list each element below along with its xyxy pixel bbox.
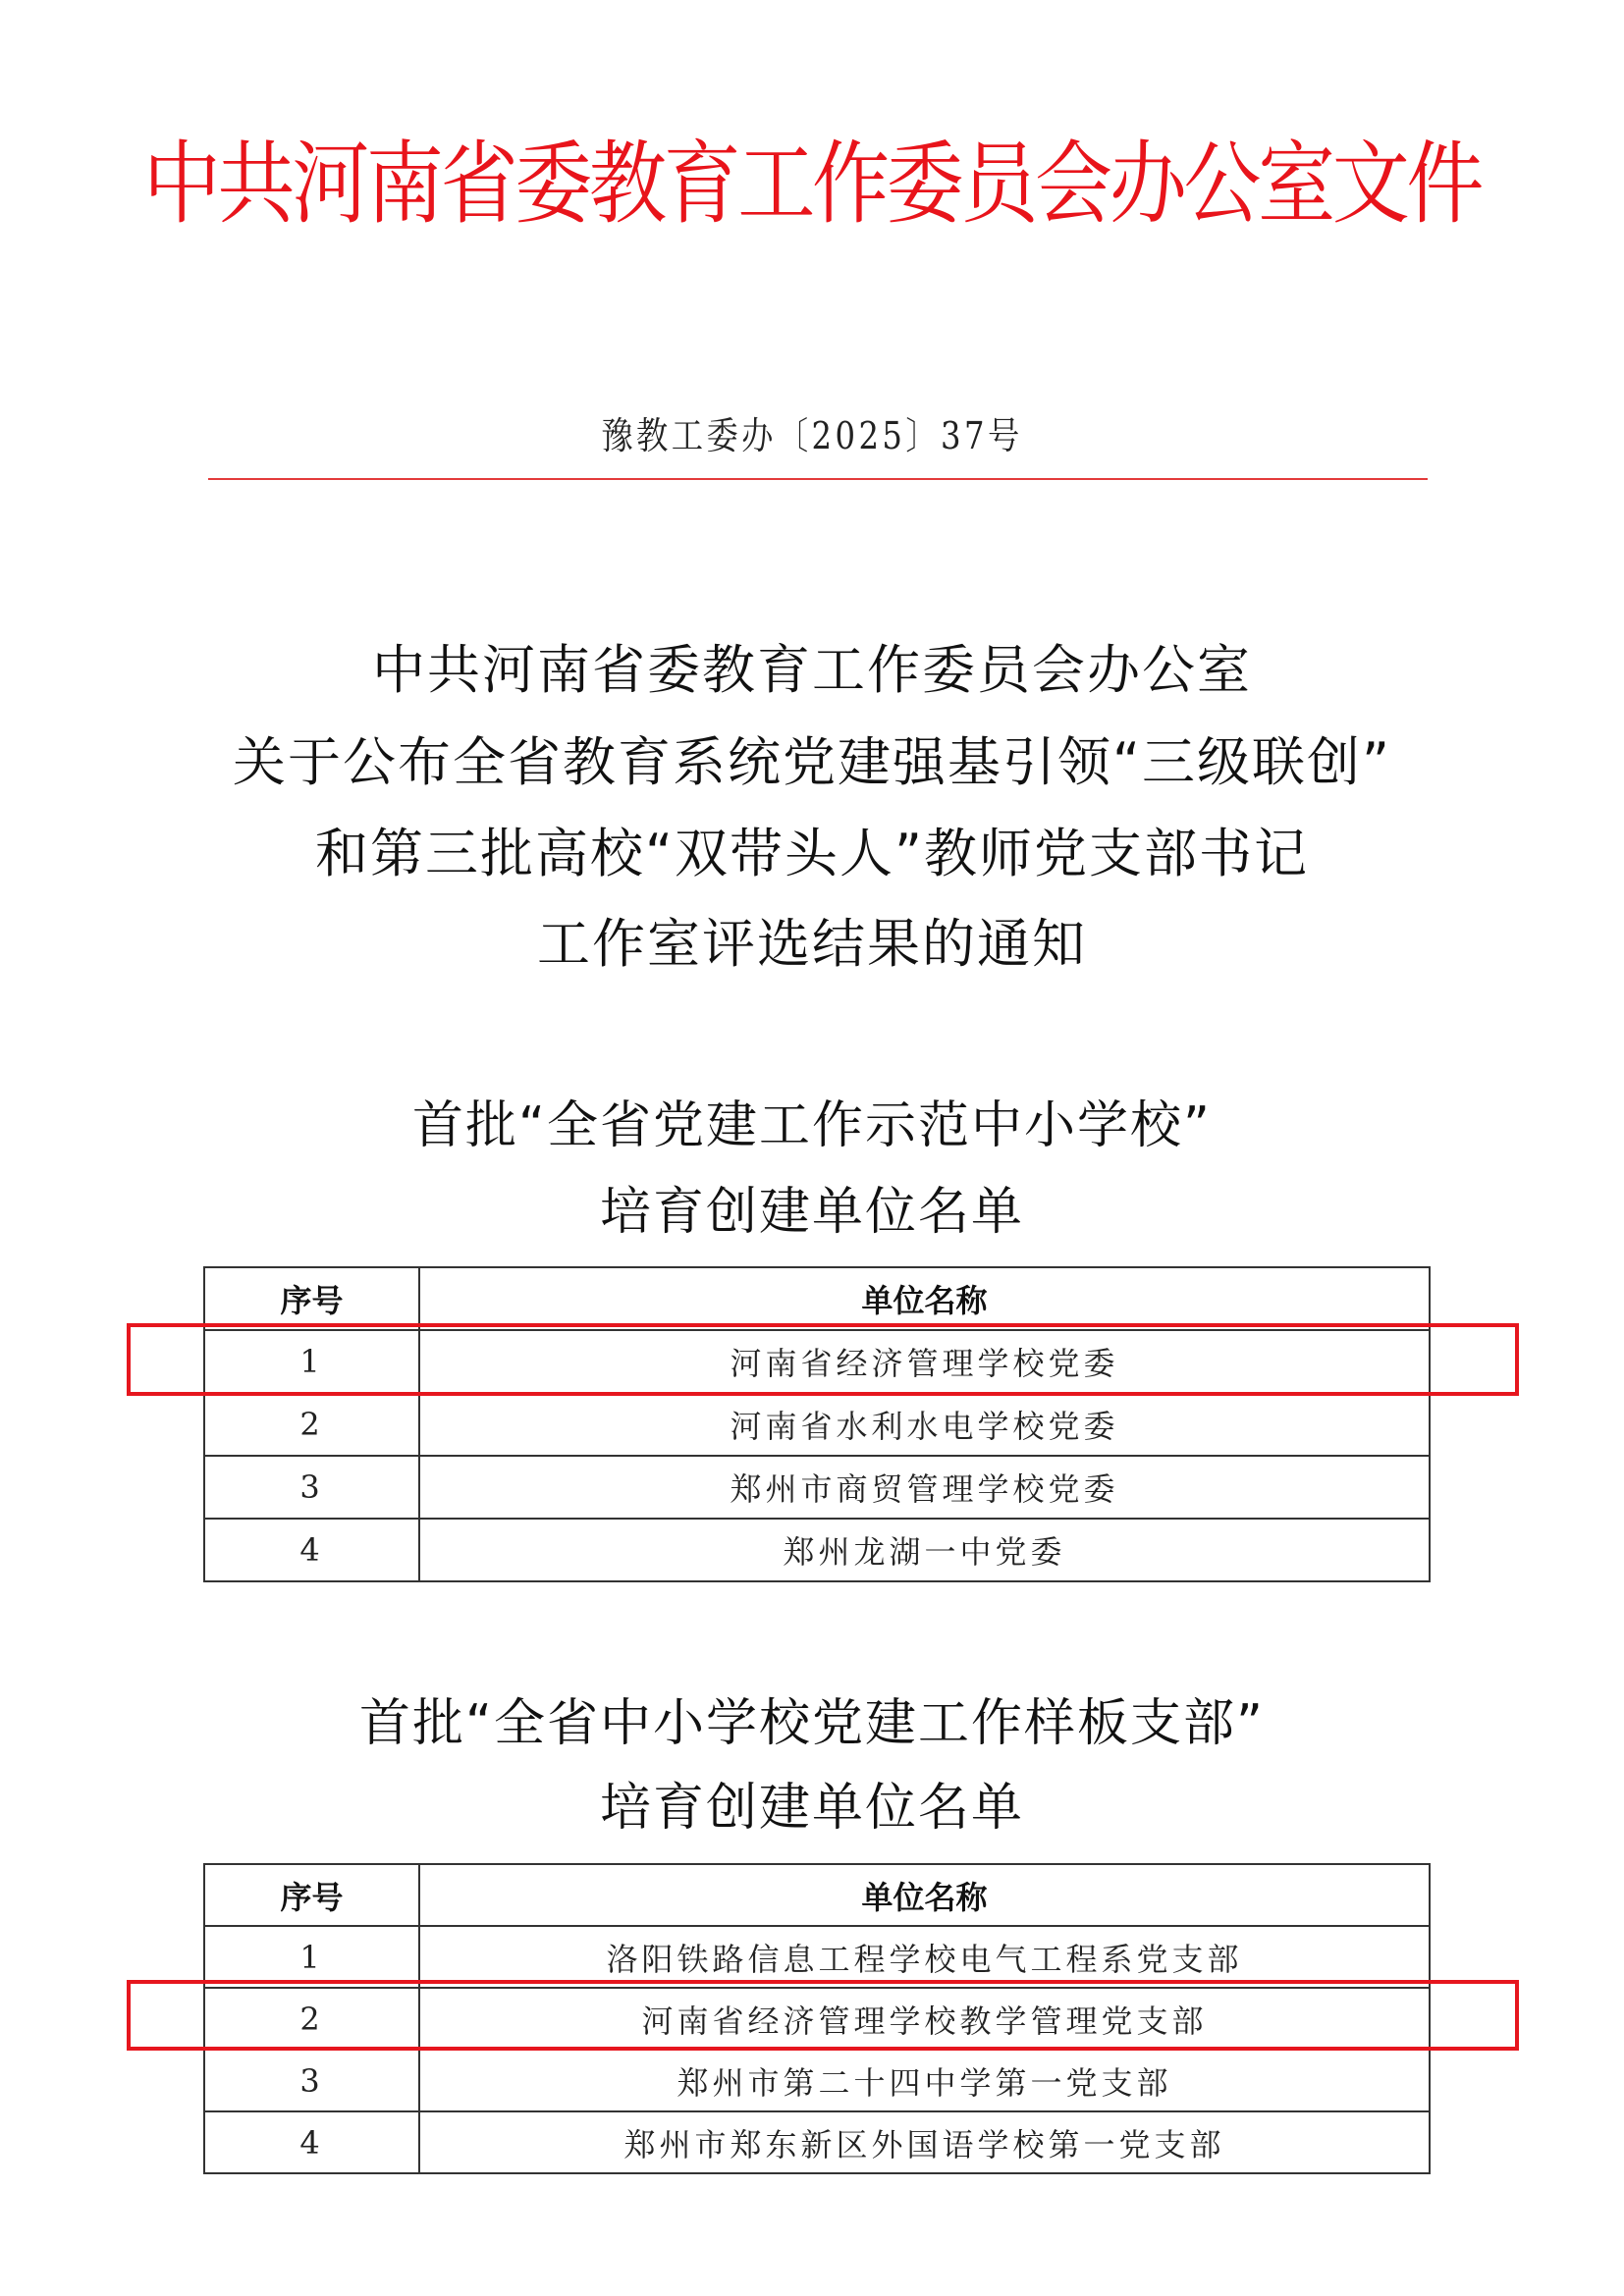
row-unit-name: 郑州龙湖一中党委 [419, 1519, 1430, 1581]
row-unit-name: 河南省水利水电学校党委 [419, 1393, 1430, 1456]
notice-title-line-2: 关于公布全省教育系统党建强基引领“三级联创” [0, 723, 1624, 802]
highlight-box-section-1-row-1 [127, 1323, 1519, 1396]
row-number: 3 [204, 1456, 419, 1519]
row-number: 1 [204, 1926, 419, 1988]
section-1-heading-line-1: 首批“全省党建工作示范中小学校” [0, 1087, 1624, 1165]
document-number: 豫教工委办〔2025〕37号 [122, 410, 1502, 461]
column-header-number: 序号 [204, 1864, 419, 1926]
column-header-unit-name: 单位名称 [419, 1864, 1430, 1926]
table-row: 3 郑州市第二十四中学第一党支部 [204, 2050, 1430, 2111]
table-row: 2 河南省水利水电学校党委 [204, 1393, 1430, 1456]
row-unit-name: 郑州市第二十四中学第一党支部 [419, 2050, 1430, 2111]
section-2-heading-line-1: 首批“全省中小学校党建工作样板支部” [0, 1684, 1624, 1763]
table-header-row: 序号 单位名称 [204, 1267, 1430, 1330]
issuer-title: 中共河南省委教育工作委员会办公室文件 [114, 126, 1510, 243]
row-unit-name: 郑州市郑东新区外国语学校第一党支部 [419, 2111, 1430, 2173]
table-row: 4 郑州龙湖一中党委 [204, 1519, 1430, 1581]
row-unit-name: 郑州市商贸管理学校党委 [419, 1456, 1430, 1519]
table-row: 1 洛阳铁路信息工程学校电气工程系党支部 [204, 1926, 1430, 1988]
row-unit-name: 洛阳铁路信息工程学校电气工程系党支部 [419, 1926, 1430, 1988]
table-header-row: 序号 单位名称 [204, 1864, 1430, 1926]
row-number: 2 [204, 1393, 419, 1456]
section-2-heading-line-2: 培育创建单位名单 [0, 1769, 1624, 1847]
section-1-heading-line-2: 培育创建单位名单 [0, 1173, 1624, 1252]
notice-title-line-4: 工作室评选结果的通知 [0, 905, 1624, 984]
highlight-box-section-2-row-2 [127, 1980, 1519, 2051]
table-row: 4 郑州市郑东新区外国语学校第一党支部 [204, 2111, 1430, 2173]
row-number: 4 [204, 2111, 419, 2173]
section-1-table: 序号 单位名称 1 河南省经济管理学校党委 2 河南省水利水电学校党委 3 郑州… [203, 1266, 1431, 1582]
notice-title-line-1: 中共河南省委教育工作委员会办公室 [0, 631, 1624, 710]
row-number: 3 [204, 2050, 419, 2111]
row-number: 4 [204, 1519, 419, 1581]
table-row: 3 郑州市商贸管理学校党委 [204, 1456, 1430, 1519]
column-header-number: 序号 [204, 1267, 419, 1330]
notice-title-line-3: 和第三批高校“双带头人”教师党支部书记 [0, 815, 1624, 893]
column-header-unit-name: 单位名称 [419, 1267, 1430, 1330]
red-divider [208, 478, 1428, 480]
